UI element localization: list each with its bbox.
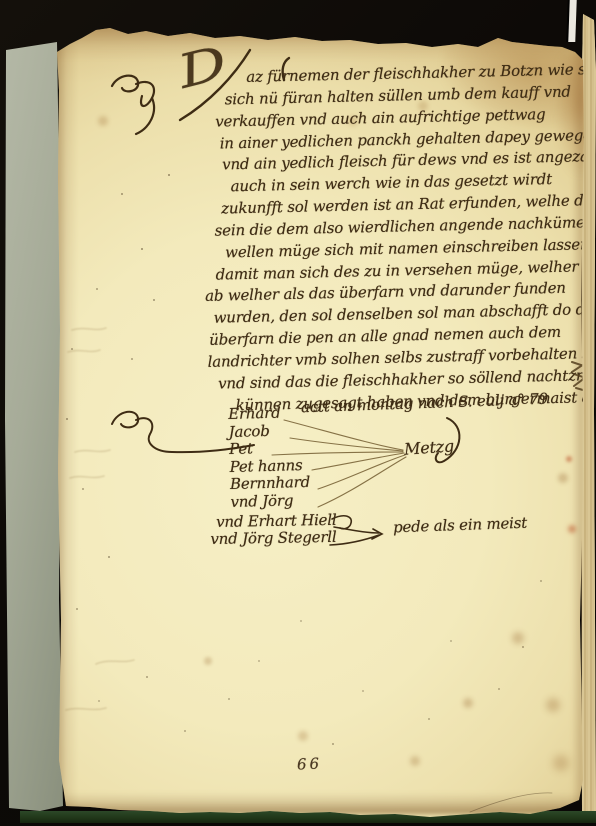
table-surface — [20, 811, 596, 823]
convergence-word: Metzg — [403, 436, 454, 458]
main-text-block: az fürnemen der fleischhakher zu Botzn w… — [198, 59, 596, 417]
foxing-spots — [0, 0, 6, 6]
red-stains — [0, 0, 4, 4]
ink-specks — [0, 0, 2, 2]
butchers-name-list: Erhard Jacob Pet Pet hanns Bernnhard vnd… — [228, 404, 311, 512]
addendum-lines: vnd Erhart Hiell vnd Jörg Stegerll — [210, 512, 337, 548]
addendum-note: pede als ein meist — [393, 514, 528, 537]
bookmark-ribbon — [568, 0, 576, 42]
name-entry: Jacob — [228, 421, 308, 441]
top-edge-shading — [56, 26, 588, 60]
page-number: 66 — [297, 754, 323, 773]
name-entry: vnd Jörg — [230, 492, 310, 512]
stray-fibre — [470, 793, 552, 812]
addendum-name: vnd Jörg Stegerll — [210, 529, 337, 548]
name-entry: Erhard — [228, 404, 308, 424]
manuscript-scan: D az fürnemen der fleischhakher zu Botzn… — [0, 0, 596, 826]
addendum-brace — [330, 516, 382, 545]
margin-paragraph-mark — [112, 76, 154, 134]
ink-bleedthrough — [66, 328, 134, 710]
manuscript-page: D az fürnemen der fleischhakher zu Botzn… — [0, 0, 596, 826]
